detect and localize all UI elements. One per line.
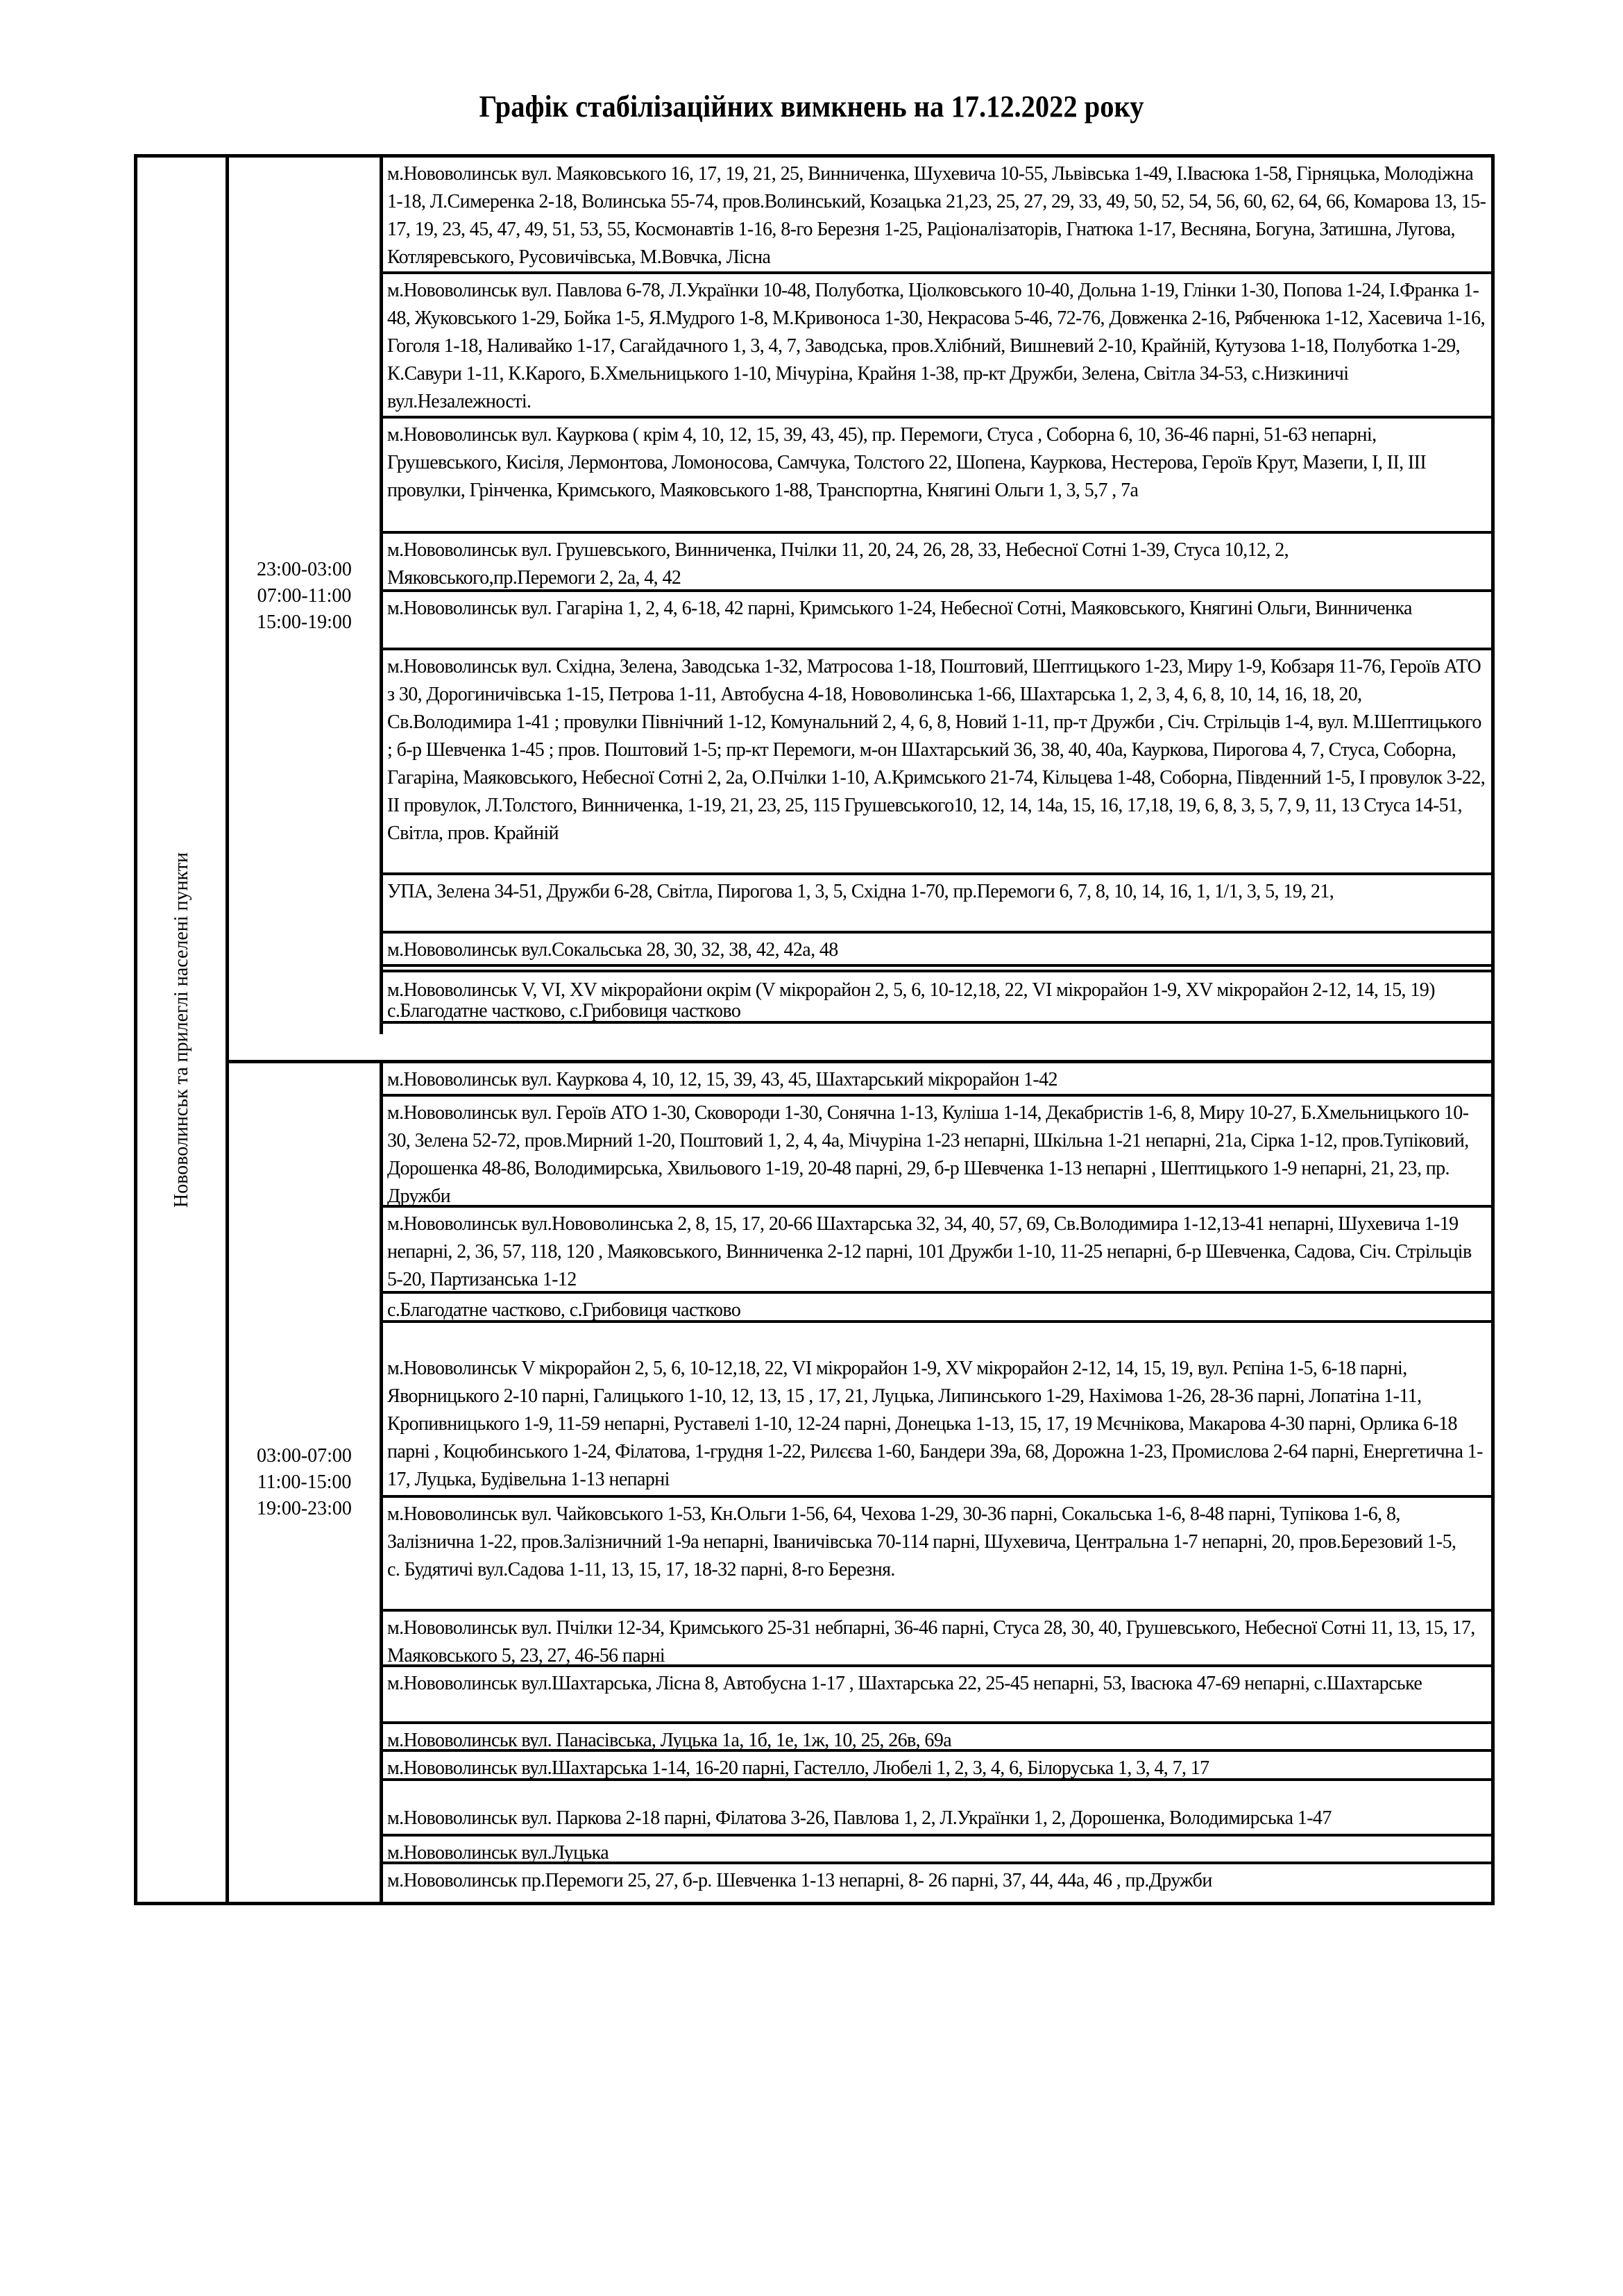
address-row: м.Нововолинськ V, VI, XV мікрорайони окр…: [383, 974, 1491, 1034]
address-row: м.Нововолинськ вул. Паркова 2-18 парні, …: [383, 1781, 1491, 1837]
address-row: м.Нововолинськ вул.Сокальська 28, 30, 32…: [383, 934, 1491, 967]
time-slot: 03:00-07:00: [257, 1443, 352, 1469]
area-label: Нововолинськ та прилеглі населені пункти: [171, 852, 193, 1207]
time-slot: 19:00-23:00: [257, 1496, 352, 1522]
address-row: м.Нововолинськ вул. Павлова 6-78, Л.Укра…: [383, 274, 1491, 419]
time-slot: 11:00-15:00: [257, 1469, 352, 1496]
address-row: м.Нововолинськ вул. Героїв АТО 1-30, Ско…: [383, 1097, 1491, 1208]
time-slots-cell: 23:00-03:00 07:00-11:00 15:00-19:00: [229, 158, 383, 1034]
address-row: с.Шахтарське: [383, 967, 1491, 972]
schedule-group-2: 03:00-07:00 11:00-15:00 19:00-23:00 м.Но…: [229, 1060, 1491, 1902]
page-title: Графік стабілізаційних вимкнень на 17.12…: [65, 89, 1558, 124]
address-row: УПА, Зелена 34-51, Дружби 6-28, Світла, …: [383, 875, 1491, 934]
area-column: Нововолинськ та прилеглі населені пункти: [137, 158, 229, 1902]
address-column: м.Нововолинськ вул. Кауркова 4, 10, 12, …: [383, 1063, 1491, 1902]
address-row: м.Нововолинськ вул. Пчілки 12-34, Кримсь…: [383, 1612, 1491, 1667]
outage-schedule-table: Нововолинськ та прилеглі населені пункти…: [134, 154, 1495, 1905]
address-row: м.Нововолинськ вул. Маяковського 16, 17,…: [383, 158, 1491, 274]
address-row: м.Нововолинськ вул. Чайковського 1-53, К…: [383, 1498, 1491, 1612]
address-row: м.Нововолинськ вул. Гагаріна 1, 2, 4, 6-…: [383, 592, 1491, 650]
time-slot: 15:00-19:00: [257, 609, 352, 636]
address-row: м.Нововолинськ вул. Грушевського, Виннич…: [383, 534, 1491, 592]
address-column: м.Нововолинськ вул. Маяковського 16, 17,…: [383, 158, 1491, 1034]
time-slot: 23:00-03:00: [257, 557, 352, 583]
address-row: м.Нововолинськ вул.Нововолинська 2, 8, 1…: [383, 1208, 1491, 1294]
address-row: м.Нововолинськ вул. Кауркова ( крім 4, 1…: [383, 419, 1491, 534]
time-slot: 07:00-11:00: [257, 583, 352, 609]
address-row: с.Благодатне частково, с.Грибовиця частк…: [383, 1294, 1491, 1323]
time-slots-cell: 03:00-07:00 11:00-15:00 19:00-23:00: [229, 1063, 383, 1902]
address-row: м.Нововолинськ вул.Луцька: [383, 1837, 1491, 1864]
address-row: м.Нововолинськ вул. Кауркова 4, 10, 12, …: [383, 1063, 1491, 1097]
address-row: м.Нововолинськ вул. Східна, Зелена, Заво…: [383, 650, 1491, 875]
address-row: м.Нововолинськ пр.Перемоги 25, 27, б-р. …: [383, 1864, 1491, 1906]
address-row: м.Нововолинськ вул. Панасівська, Луцька …: [383, 1724, 1491, 1752]
address-row: м.Нововолинськ вул.Шахтарська, Лісна 8, …: [383, 1667, 1491, 1724]
schedule-group-1: 23:00-03:00 07:00-11:00 15:00-19:00 м.Но…: [229, 158, 1491, 1034]
address-row: м.Нововолинськ вул.Шахтарська 1-14, 16-2…: [383, 1752, 1491, 1781]
address-row: м.Нововолинськ V мікрорайон 2, 5, 6, 10-…: [383, 1323, 1491, 1498]
